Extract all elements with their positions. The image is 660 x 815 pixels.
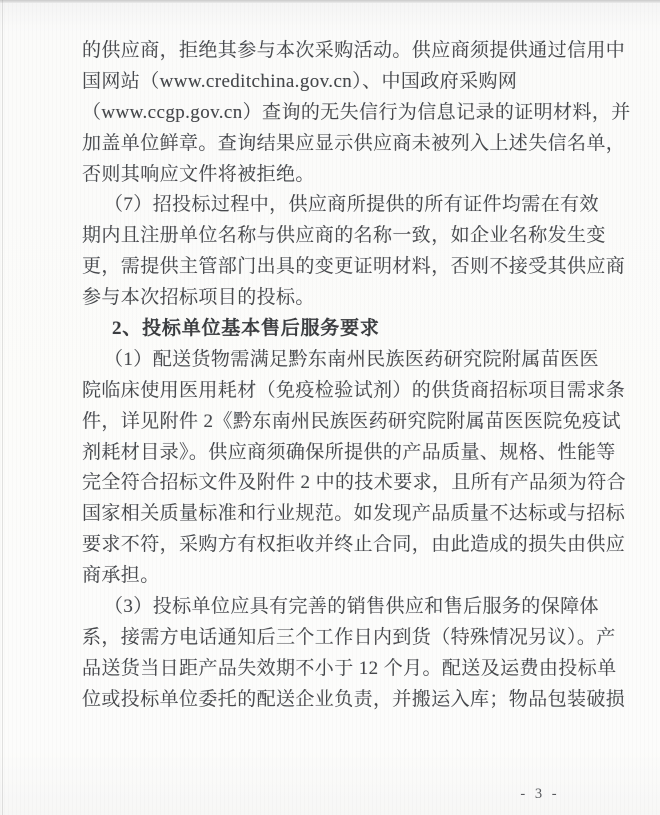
paragraph-clause-3-service-guarantee: （3）投标单位应具有完善的销售供应和售后服务的保障体 系，接需方电话通知后三个工… (82, 592, 616, 716)
scanned-document-page: { "colors": { "page_background": "#fbfbf… (0, 0, 660, 815)
text-line: 国网站（www.creditchina.gov.cn）、中国政府采购网 (82, 67, 616, 98)
text-line: 国家相关质量标准和行业规范。如发现产品质量不达标或与招标 (82, 499, 616, 530)
paragraph-clause-1-delivery-requirements: （1）配送货物需满足黔东南州民族医药研究院附属苗医医 院临床使用医用耗材（免疫检… (82, 345, 616, 592)
text-line: 院临床使用医用耗材（免疫检验试剂）的供货商招标项目需求条 (82, 376, 616, 407)
text-line: 要求不符，采购方有权拒收并终止合同，由此造成的损失由供应 (82, 530, 616, 561)
paragraph-clause-7-certificates: （7）招投标过程中，供应商所提供的所有证件均需在有效 期内且注册单位名称与供应商… (82, 190, 616, 314)
text-line: 否则其响应文件将被拒绝。 (82, 160, 616, 191)
text-line: 期内且注册单位名称与供应商的名称一致，如企业名称发生变 (82, 221, 616, 252)
text-line: 系，接需方电话通知后三个工作日内到货（特殊情况另议）。产 (82, 623, 616, 654)
text-line: 件，详见附件 2《黔东南州民族医药研究院附属苗医医院免疫试 (82, 407, 616, 438)
text-line: 完全符合招标文件及附件 2 中的技术要求，且所有产品须为符合 (82, 468, 616, 499)
page-number: - 3 - (505, 786, 575, 803)
scan-left-edge (2, 0, 3, 815)
text-line: （www.ccgp.gov.cn）查询的无失信行为信息记录的证明材料，并 (82, 98, 616, 129)
document-text-block: 的供应商，拒绝其参与本次采购活动。供应商须提供通过信用中 国网站（www.cre… (82, 36, 616, 716)
section-heading: 2、投标单位基本售后服务要求 (82, 314, 616, 345)
paragraph-credit-check-continuation: 的供应商，拒绝其参与本次采购活动。供应商须提供通过信用中 国网站（www.cre… (82, 36, 616, 190)
text-line: 位或投标单位委托的配送企业负责，并搬运入库；物品包装破损 (82, 685, 616, 716)
text-line: 更，需提供主管部门出具的变更证明材料，否则不接受其供应商 (82, 252, 616, 283)
text-line: 的供应商，拒绝其参与本次采购活动。供应商须提供通过信用中 (82, 36, 616, 67)
scan-top-edge (0, 0, 660, 3)
text-line: （3）投标单位应具有完善的销售供应和售后服务的保障体 (82, 592, 616, 623)
text-line: （1）配送货物需满足黔东南州民族医药研究院附属苗医医 (82, 345, 616, 376)
text-line: 品送货当日距产品失效期不小于 12 个月。配送及运费由投标单 (82, 654, 616, 685)
text-line: 剂耗材目录》。供应商须确保所提供的产品质量、规格、性能等 (82, 438, 616, 469)
text-line: 参与本次招标项目的投标。 (82, 283, 616, 314)
text-line: （7）招投标过程中，供应商所提供的所有证件均需在有效 (82, 190, 616, 221)
section-heading-after-sales-requirements: 2、投标单位基本售后服务要求 (82, 314, 616, 345)
text-line: 加盖单位鲜章。查询结果应显示供应商未被列入上述失信名单， (82, 129, 616, 160)
text-line: 商承担。 (82, 561, 616, 592)
